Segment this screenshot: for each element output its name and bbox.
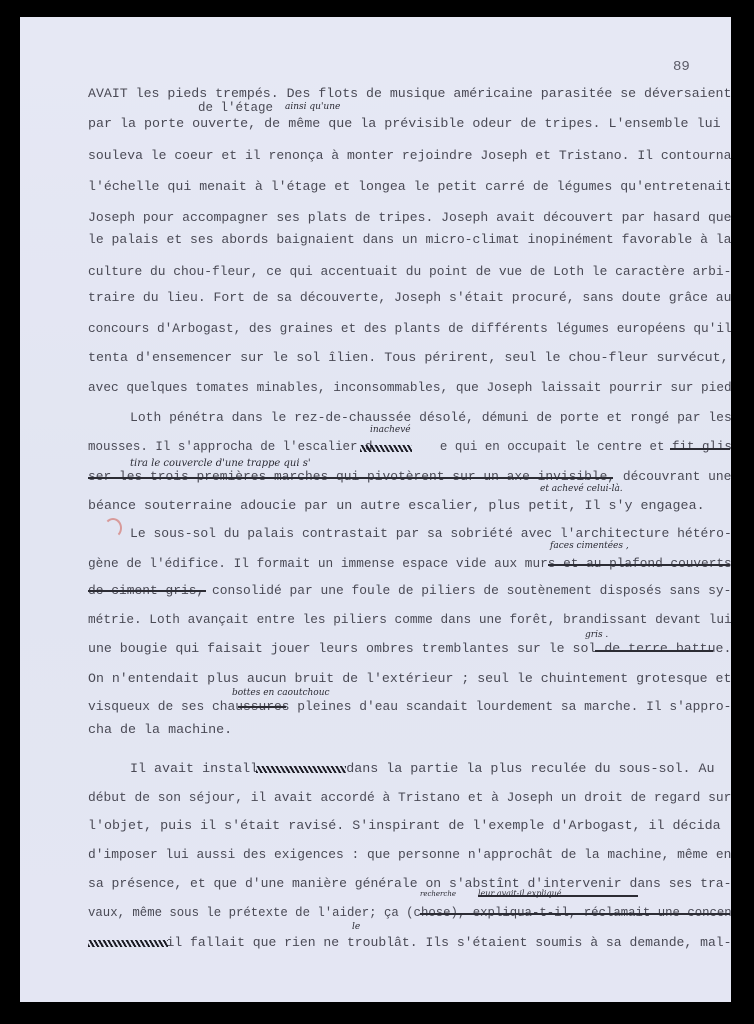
handwritten-annotation: le bbox=[352, 922, 360, 932]
text-line-9: concours d'Arbogast, des graines et des … bbox=[88, 322, 732, 337]
text-line-15: béance souterraine adoucie par un autre … bbox=[88, 499, 705, 514]
text-line-10: tenta d'ensemencer sur le sol îlien. Tou… bbox=[88, 351, 729, 366]
strikethrough bbox=[670, 448, 730, 450]
typed-insert: de l'étage bbox=[198, 101, 273, 115]
text-line-1: AVAIT les pieds trempés. Des flots de mu… bbox=[88, 87, 731, 102]
handwritten-annotation: faces cimentées , bbox=[550, 541, 629, 551]
strikethrough bbox=[595, 650, 713, 652]
scribble-deletion bbox=[360, 445, 412, 452]
text-line-3: souleva le coeur et il renonça à monter … bbox=[88, 149, 731, 164]
text-line-16: Le sous-sol du palais contrastait par sa… bbox=[130, 527, 732, 542]
text-line-23: cha de la machine. bbox=[88, 723, 232, 738]
scribble-deletion bbox=[88, 940, 168, 947]
text-line-5: Joseph pour accompagner ses plats de tri… bbox=[88, 211, 731, 226]
text-line-11: avec quelques tomates minables, inconsom… bbox=[88, 381, 732, 396]
text-line-4: l'échelle qui menait à l'étage et longea… bbox=[88, 180, 731, 195]
strikethrough bbox=[420, 913, 730, 915]
text-line-27: d'imposer lui aussi des exigences : que … bbox=[88, 848, 731, 863]
strikethrough bbox=[478, 895, 638, 897]
strikethrough bbox=[88, 590, 206, 592]
handwritten-annotation: recherche bbox=[420, 890, 456, 898]
text-line-2: par la porte ouverte, de même que la pré… bbox=[88, 117, 721, 132]
strikethrough bbox=[238, 706, 286, 708]
handwritten-annotation: et achevé celui-là. bbox=[540, 484, 623, 494]
text-line-21: On n'entendait plus aucun bruit de l'ext… bbox=[88, 672, 731, 687]
text-line-22: visqueux de ses chaussures pleines d'eau… bbox=[88, 700, 731, 715]
text-line-25: début de son séjour, il avait accordé à … bbox=[88, 791, 731, 806]
text-line-7: culture du chou-fleur, ce qui accentuait… bbox=[88, 265, 731, 280]
handwritten-annotation: bottes en caoutchouc bbox=[232, 688, 330, 698]
red-margin-mark bbox=[104, 518, 122, 538]
page-number: 89 bbox=[673, 59, 690, 75]
handwritten-annotation: ainsi qu'une bbox=[285, 102, 340, 112]
strikethrough bbox=[88, 477, 613, 479]
text-line-19: métrie. Loth avançait entre les piliers … bbox=[88, 613, 732, 628]
handwritten-annotation: inachevé bbox=[370, 425, 411, 435]
handwritten-annotation: tira le couvercle d'une trappe qui s' bbox=[130, 458, 311, 469]
strikethrough bbox=[548, 564, 730, 566]
text-line-6: le palais et ses abords baignaient dans … bbox=[88, 233, 731, 248]
text-line-28: sa présence, et que d'une manière généra… bbox=[88, 877, 731, 892]
handwritten-annotation: leur avait-il expliqué bbox=[478, 889, 562, 898]
scribble-deletion bbox=[256, 766, 346, 773]
text-line-30: il fallait que rien ne troublât. Ils s'é… bbox=[88, 936, 731, 951]
text-line-26: l'objet, puis il s'était ravisé. S'inspi… bbox=[88, 819, 721, 834]
handwritten-annotation: gris . bbox=[585, 630, 608, 640]
text-line-8: traire du lieu. Fort de sa découverte, J… bbox=[88, 291, 731, 306]
text-line-24: Il avait install dans la partie la plus … bbox=[130, 762, 715, 777]
text-line-12: Loth pénétra dans le rez-de-chaussée dés… bbox=[130, 411, 732, 426]
